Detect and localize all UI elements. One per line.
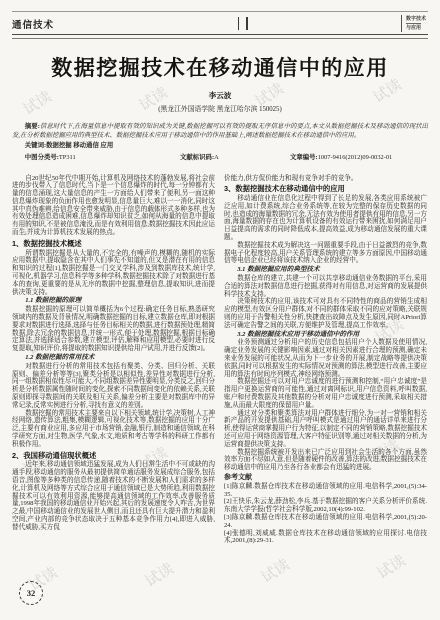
body-paragraph: 对数据进行分析的常用技术包括有聚类、分类、回归分析、关联原则、偏差分析等等[3]… (12, 363, 215, 410)
body-paragraph: 通过对分类和聚类算法对用户群体进行细分,为一对一营销和相关新产品的开发提供基础,… (224, 410, 427, 449)
page-title: 数据挖掘技术在移动通信中的应用 (12, 52, 428, 82)
author-name: 李云波 (12, 90, 428, 101)
doc-code-label: 文献标识码: (180, 154, 214, 161)
keywords-label: 关键词: (25, 142, 46, 149)
watermark-text: 试读 (141, 558, 178, 592)
body-paragraph: 数据挖掘系统被开发出来已广泛应用到社会生活的各个方面,虽然效率方面不尽如人意,但… (224, 449, 427, 472)
abstract-text: 信息时代下,在海量信息中提取有效的知识成为关键,数据挖掘可以有效的提取无序信息中… (12, 123, 428, 139)
reference-item: [4]张德明,刘威威.数据仓库技术在移动通信领域的应用探讨.电信技术,2001,… (224, 530, 427, 546)
header-rule (12, 34, 428, 39)
article-body: 自20世纪50年代中期开始,计算机及网络技术的蓬勃发展,将社会前进的步伐带入了信… (12, 175, 428, 546)
section-heading: 1、数据挖掘技术概述 (12, 240, 215, 248)
subsection-heading: 3.2 数据挖掘技术应用于移动通信中的作用 (224, 331, 427, 339)
abstract-paragraph: 摘要:信息时代下,在海量信息中提取有效的知识成为关键,数据挖掘可以有效的提取无序… (12, 122, 428, 140)
reference-item: [1]陈京麟.数据仓库技术在移动通信领域的应用.电信科学,2001,(5):34… (224, 483, 427, 499)
body-paragraph: 移动通信业在信息化过程中得到了长足的发展,各类应用系统被广泛应用,如计费系统,综… (224, 195, 427, 242)
body-paragraph: 所谓数据挖掘是从大量的,不完全的,有噪声的,模糊的,随机的实际应用数据中,提取隐… (12, 250, 215, 297)
body-paragraph: 近年来,移动通信领域迅猛发展,成为人们日常生活中不可或缺的沟通手段,移动通信的服… (12, 461, 215, 531)
journal-section-label: 通信技术 (12, 17, 54, 31)
abstract-label: 摘要: (25, 123, 40, 130)
tick-mark (246, 17, 248, 30)
classification-line: 中图分类号:TP311 文献标识码:A 文章编号:1007-9416(2012)… (12, 153, 428, 162)
clc-value: TP311 (59, 154, 76, 161)
journal-name-line2: 与应用 (406, 23, 421, 31)
body-paragraph: 决策树技术的应用,该技术可对具有不同特性的商品的营销生成相应的模型,有效区分用户… (224, 298, 427, 329)
clc-item: 中图分类号:TP311 (12, 153, 180, 162)
body-paragraph: 数据挖掘技术成为解决这一问题重要手段,由于日益激烈的竞争,数据电子化程度较高,用… (224, 242, 427, 265)
section-heading: 2、我国移动通信现状概述 (12, 452, 215, 460)
author-affiliation: (黑龙江外国语学院 黑龙江哈尔滨 150025) (12, 103, 428, 113)
body-paragraph: 自20世纪50年代中期开始,计算机及网络技术的蓬勃发展,将社会前进的步伐带入了信… (12, 175, 215, 237)
reference-item: [2]王快乐,朱云龙,薛劲松,李兵.基于数据挖掘的客户关系分析评价系统.东南大学… (224, 498, 427, 514)
reference-item: [3]陈京麟.数据仓库技术在移动通信领域的应用.电信科学,2001,(5):20… (224, 514, 427, 530)
body-paragraph: 数据挖掘的原理可以简单概括为6个过程:确定任务目标,熟悉研究领域内的数据及背景情… (12, 306, 215, 353)
journal-header: 通信技术 数字技术 与应用 (12, 11, 428, 39)
subsection-heading: 3.1 数据挖掘应用的典型技术 (224, 266, 427, 274)
keywords-text: 数据挖掘 移动通信 应用 (46, 142, 113, 149)
scanned-paper-page: 通信技术 数字技术 与应用 数据挖掘技术在移动通信中的应用 李云波 (黑龙江外国… (0, 0, 440, 620)
watermark-text: 试读 (373, 550, 410, 584)
continuation-text: 价能力,供方侃价能力和现有竞争对手的竞争。 (224, 175, 427, 183)
doc-code-item: 文献标识码:A (180, 153, 290, 162)
section-heading: 3、数据挖掘技术在移动通信中的应用 (224, 185, 427, 193)
references-heading: 参考文献 (224, 474, 427, 482)
journal-logo-badge: 数字技术 与应用 (401, 15, 428, 32)
tick-mark (238, 17, 240, 30)
abstract-block: 摘要:信息时代下,在海量信息中提取有效的知识成为关键,数据挖掘可以有效的提取无序… (12, 122, 428, 162)
subsection-heading: 1.2 数据挖掘的常用技术 (12, 354, 215, 362)
right-column: 价能力,供方侃价能力和现有竞争对手的竞争。 3、数据挖掘技术在移动通信中的应用 … (224, 175, 427, 546)
subsection-heading: 1.1 数据挖掘的原理 (12, 297, 215, 305)
body-paragraph: 数据挖掘的常用技术主要来自以下相关领域,统计学,决策树,人工神经网络,遗传算法,… (12, 410, 215, 449)
doc-code-value: A (214, 154, 219, 161)
clc-label: 中图分类号: (25, 154, 59, 161)
left-column: 自20世纪50年代中期开始,计算机及网络技术的蓬勃发展,将社会前进的步伐带入了信… (12, 175, 215, 546)
body-paragraph: 数据仓库的建立,共建一个可以共享移动通信业务数据的平台,采用合适的算法对数据信息… (224, 275, 427, 298)
article-id-item: 文章编号:1007-9416(2012)09-0032-01 (290, 153, 392, 162)
article-id-value: 1007-9416(2012)09-0032-01 (318, 154, 393, 161)
watermark-text: 试读 (257, 554, 294, 588)
body-paragraph: 数据挖掘还可以对用户忠诚度的进行预测和控制,“用户忠诚度”是指用户更换运营商的可… (224, 378, 427, 409)
keywords-line: 关键词:数据挖掘 移动通信 应用 (12, 141, 428, 150)
page-number-stamp: 32 (19, 581, 43, 605)
header-divider-marks (238, 17, 248, 30)
article-id-label: 文章编号: (290, 154, 318, 161)
body-paragraph: 业务预测通过分析用户的历史信息包括用户个人数据及使用情况,确定业务发展的关键影响… (224, 339, 427, 378)
